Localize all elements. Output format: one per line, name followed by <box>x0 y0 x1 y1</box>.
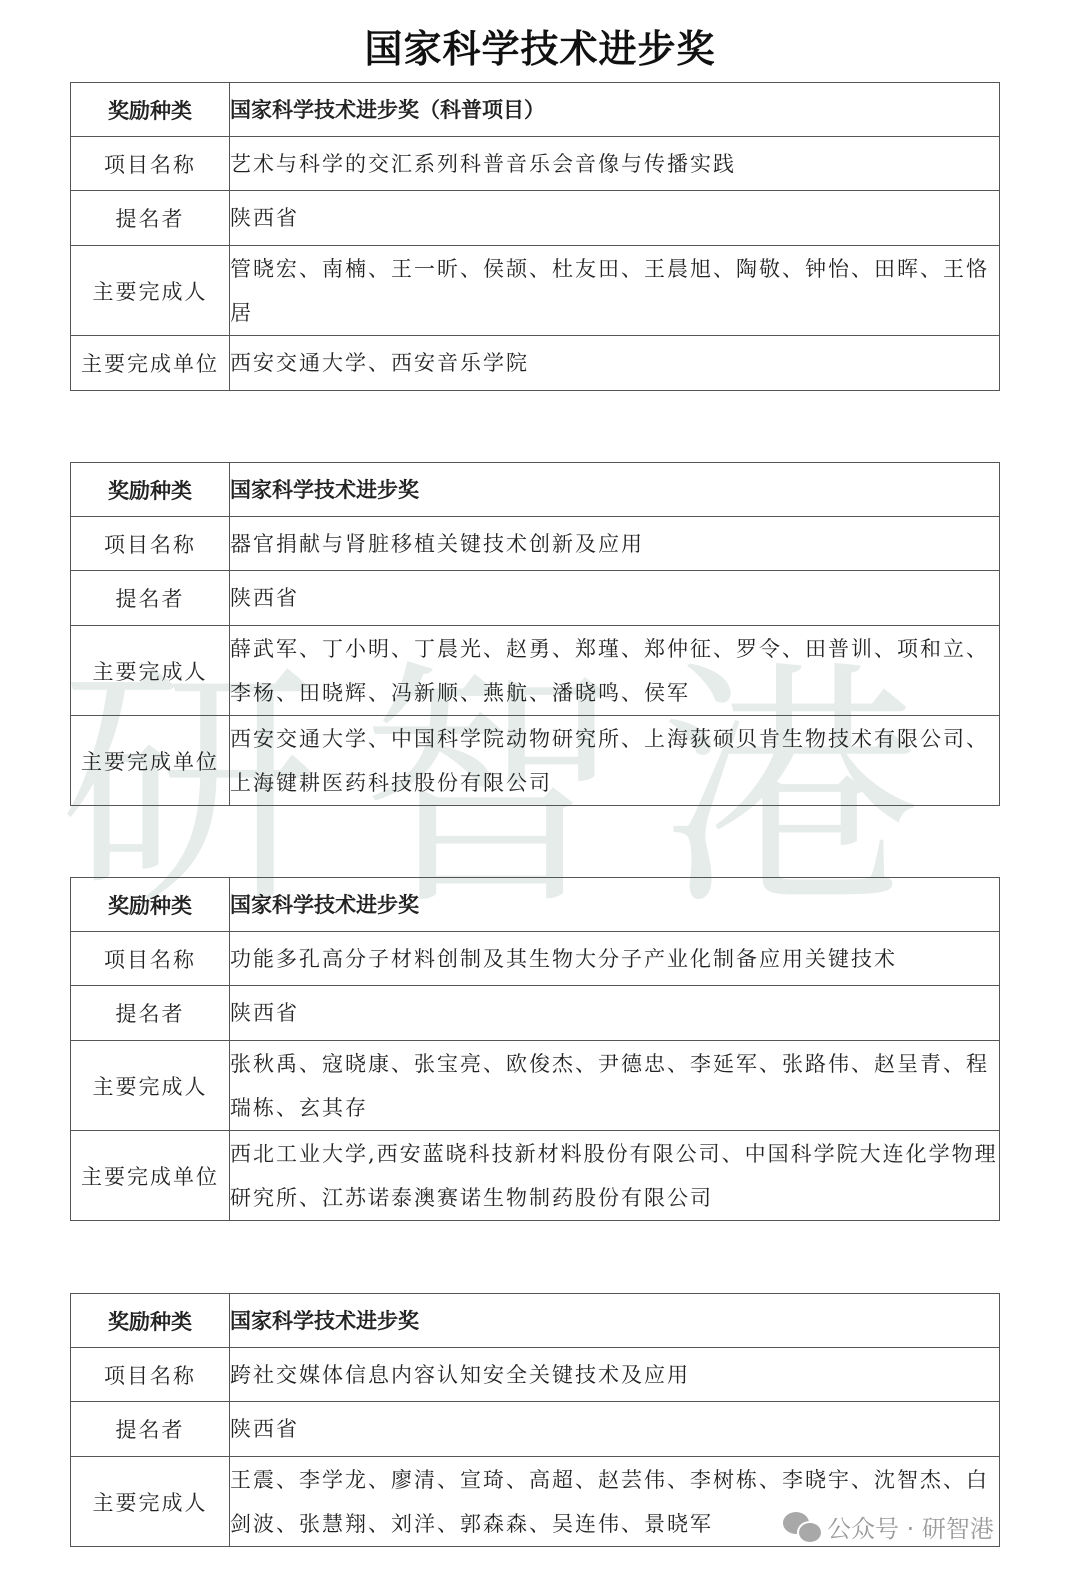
value-project-name: 跨社交媒体信息内容认知安全关键技术及应用 <box>230 1348 1000 1402</box>
value-project-name: 器官捐献与肾脏移植关键技术创新及应用 <box>230 517 1000 571</box>
row-nominator: 提名者 陕西省 <box>71 571 1000 626</box>
label-nominator: 提名者 <box>71 986 230 1041</box>
value-nominator: 陕西省 <box>230 1402 1000 1457</box>
label-main-contributors: 主要完成人 <box>71 1457 230 1547</box>
wechat-account-text: 公众号 · 研智港 <box>827 1509 994 1544</box>
label-award-type: 奖励种类 <box>71 1294 230 1348</box>
row-project-name: 项目名称 跨社交媒体信息内容认知安全关键技术及应用 <box>71 1348 1000 1402</box>
value-nominator: 陕西省 <box>230 986 1000 1041</box>
value-award-type: 国家科学技术进步奖 <box>230 1294 1000 1348</box>
label-main-units: 主要完成单位 <box>71 1131 230 1221</box>
label-award-type: 奖励种类 <box>71 878 230 932</box>
row-project-name: 项目名称 器官捐献与肾脏移植关键技术创新及应用 <box>71 517 1000 571</box>
row-main-units: 主要完成单位 西安交通大学、中国科学院动物研究所、上海荻硕贝肯生物技术有限公司、… <box>71 716 1000 806</box>
wechat-icon <box>783 1512 821 1542</box>
row-main-units: 主要完成单位 西北工业大学,西安蓝晓科技新材料股份有限公司、中国科学院大连化学物… <box>71 1131 1000 1221</box>
label-project-name: 项目名称 <box>71 137 230 191</box>
value-nominator: 陕西省 <box>230 191 1000 246</box>
row-main-contributors: 主要完成人 薛武军、丁小明、丁晨光、赵勇、郑瑾、郑仲征、罗令、田普训、项和立、李… <box>71 626 1000 716</box>
wechat-account-tag: 公众号 · 研智港 <box>783 1509 994 1544</box>
label-nominator: 提名者 <box>71 191 230 246</box>
value-main-units: 西安交通大学、中国科学院动物研究所、上海荻硕贝肯生物技术有限公司、上海键耕医药科… <box>230 716 1000 806</box>
value-award-type: 国家科学技术进步奖 <box>230 878 1000 932</box>
row-award-type: 奖励种类 国家科学技术进步奖（科普项目） <box>71 83 1000 137</box>
label-main-contributors: 主要完成人 <box>71 1041 230 1131</box>
value-main-contributors: 张秋禹、寇晓康、张宝亮、欧俊杰、尹德忠、李延军、张路伟、赵呈青、程瑞栋、玄其存 <box>230 1041 1000 1131</box>
label-award-type: 奖励种类 <box>71 83 230 137</box>
award-table-2: 奖励种类 国家科学技术进步奖 项目名称 器官捐献与肾脏移植关键技术创新及应用 提… <box>70 462 1000 806</box>
value-main-contributors: 薛武军、丁小明、丁晨光、赵勇、郑瑾、郑仲征、罗令、田普训、项和立、李杨、田晓辉、… <box>230 626 1000 716</box>
value-award-type: 国家科学技术进步奖（科普项目） <box>230 83 1000 137</box>
label-main-contributors: 主要完成人 <box>71 246 230 336</box>
label-main-units: 主要完成单位 <box>71 716 230 806</box>
row-nominator: 提名者 陕西省 <box>71 1402 1000 1457</box>
value-main-contributors: 管晓宏、南楠、王一昕、侯颉、杜友田、王晨旭、陶敬、钟怡、田晖、王恪居 <box>230 246 1000 336</box>
row-award-type: 奖励种类 国家科学技术进步奖 <box>71 463 1000 517</box>
label-award-type: 奖励种类 <box>71 463 230 517</box>
page-title: 国家科学技术进步奖 <box>0 18 1080 73</box>
label-main-contributors: 主要完成人 <box>71 626 230 716</box>
value-project-name: 功能多孔高分子材料创制及其生物大分子产业化制备应用关键技术 <box>230 932 1000 986</box>
label-nominator: 提名者 <box>71 1402 230 1457</box>
award-table-3: 奖励种类 国家科学技术进步奖 项目名称 功能多孔高分子材料创制及其生物大分子产业… <box>70 877 1000 1221</box>
row-project-name: 项目名称 功能多孔高分子材料创制及其生物大分子产业化制备应用关键技术 <box>71 932 1000 986</box>
label-nominator: 提名者 <box>71 571 230 626</box>
row-award-type: 奖励种类 国家科学技术进步奖 <box>71 878 1000 932</box>
label-project-name: 项目名称 <box>71 1348 230 1402</box>
row-main-units: 主要完成单位 西安交通大学、西安音乐学院 <box>71 336 1000 391</box>
row-award-type: 奖励种类 国家科学技术进步奖 <box>71 1294 1000 1348</box>
award-table-1: 奖励种类 国家科学技术进步奖（科普项目） 项目名称 艺术与科学的交汇系列科普音乐… <box>70 82 1000 391</box>
value-main-units: 西北工业大学,西安蓝晓科技新材料股份有限公司、中国科学院大连化学物理研究所、江苏… <box>230 1131 1000 1221</box>
label-main-units: 主要完成单位 <box>71 336 230 391</box>
label-project-name: 项目名称 <box>71 517 230 571</box>
value-project-name: 艺术与科学的交汇系列科普音乐会音像与传播实践 <box>230 137 1000 191</box>
value-main-units: 西安交通大学、西安音乐学院 <box>230 336 1000 391</box>
label-project-name: 项目名称 <box>71 932 230 986</box>
row-project-name: 项目名称 艺术与科学的交汇系列科普音乐会音像与传播实践 <box>71 137 1000 191</box>
row-main-contributors: 主要完成人 张秋禹、寇晓康、张宝亮、欧俊杰、尹德忠、李延军、张路伟、赵呈青、程瑞… <box>71 1041 1000 1131</box>
row-main-contributors: 主要完成人 管晓宏、南楠、王一昕、侯颉、杜友田、王晨旭、陶敬、钟怡、田晖、王恪居 <box>71 246 1000 336</box>
value-nominator: 陕西省 <box>230 571 1000 626</box>
value-award-type: 国家科学技术进步奖 <box>230 463 1000 517</box>
row-nominator: 提名者 陕西省 <box>71 191 1000 246</box>
row-nominator: 提名者 陕西省 <box>71 986 1000 1041</box>
